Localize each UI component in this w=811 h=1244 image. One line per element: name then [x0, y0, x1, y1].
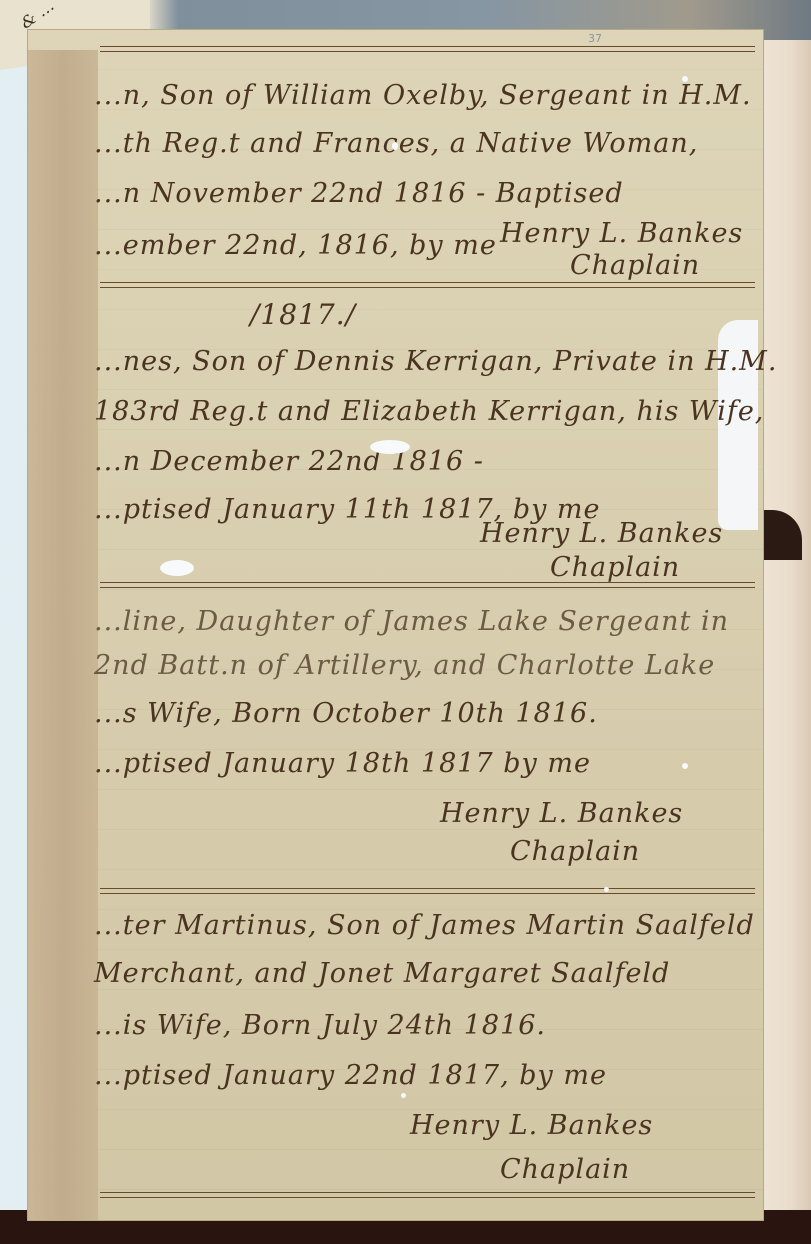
register-page: 37 ...n, Son of William Oxelby, Sergeant…: [28, 30, 763, 1220]
paper-hole: [370, 440, 410, 454]
chaplain-signature: Henry L. Bankes: [410, 1110, 653, 1141]
entry-line: ...s Wife, Born October 10th 1816.: [94, 698, 598, 729]
binding-stain-strip: [28, 50, 98, 1220]
entry-line: ...ptised January 18th 1817 by me: [94, 748, 591, 779]
chaplain-signature: Henry L. Bankes: [500, 218, 743, 249]
entry-line: ...n, Son of William Oxelby, Sergeant in…: [94, 80, 752, 111]
paper-hole: [682, 76, 688, 82]
entry-line: ...n November 22nd 1816 - Baptised: [94, 178, 624, 209]
baptism-entry-1: ...n, Son of William Oxelby, Sergeant in…: [100, 50, 750, 285]
chaplain-title: Chaplain: [570, 250, 700, 281]
chaplain-title: Chaplain: [500, 1154, 630, 1185]
baptism-entry-4: ...ter Martinus, Son of James Martin Saa…: [100, 892, 750, 1202]
paper-hole: [604, 887, 609, 892]
entry-line: 2nd Batt.n of Artillery, and Charlotte L…: [94, 650, 715, 681]
paper-hole: [160, 560, 194, 576]
baptism-entry-3: ...line, Daughter of James Lake Sergeant…: [100, 586, 750, 886]
ruled-divider: [100, 1192, 755, 1198]
entry-line: 183rd Reg.t and Elizabeth Kerrigan, his …: [94, 396, 764, 427]
chaplain-signature: Henry L. Bankes: [440, 798, 683, 829]
paper-hole: [682, 763, 688, 769]
year-heading: /1817./: [250, 298, 356, 331]
overleaf-scrawl: & ...: [18, 0, 57, 33]
entry-line: ...line, Daughter of James Lake Sergeant…: [94, 606, 729, 637]
entry-line: Merchant, and Jonet Margaret Saalfeld: [94, 958, 670, 989]
paper-hole: [392, 142, 398, 150]
adjacent-page-edge: [756, 40, 811, 1210]
chaplain-signature: Henry L. Bankes: [480, 518, 723, 549]
paper-hole: [401, 1093, 406, 1098]
entry-line: ...is Wife, Born July 24th 1816.: [94, 1010, 546, 1041]
chaplain-title: Chaplain: [550, 552, 680, 583]
torn-edge: [762, 510, 802, 560]
baptism-entry-2: /1817./ ...nes, Son of Dennis Kerrigan, …: [100, 286, 750, 581]
entry-line: ...n December 22nd 1816 -: [94, 446, 484, 477]
entry-line: ...nes, Son of Dennis Kerrigan, Private …: [94, 346, 777, 377]
chaplain-title: Chaplain: [510, 836, 640, 867]
page-number: 37: [588, 32, 602, 45]
entry-line: ...ember 22nd, 1816, by me: [94, 230, 497, 261]
entry-line: ...ter Martinus, Son of James Martin Saa…: [94, 910, 755, 941]
entry-line: ...ptised January 22nd 1817, by me: [94, 1060, 607, 1091]
